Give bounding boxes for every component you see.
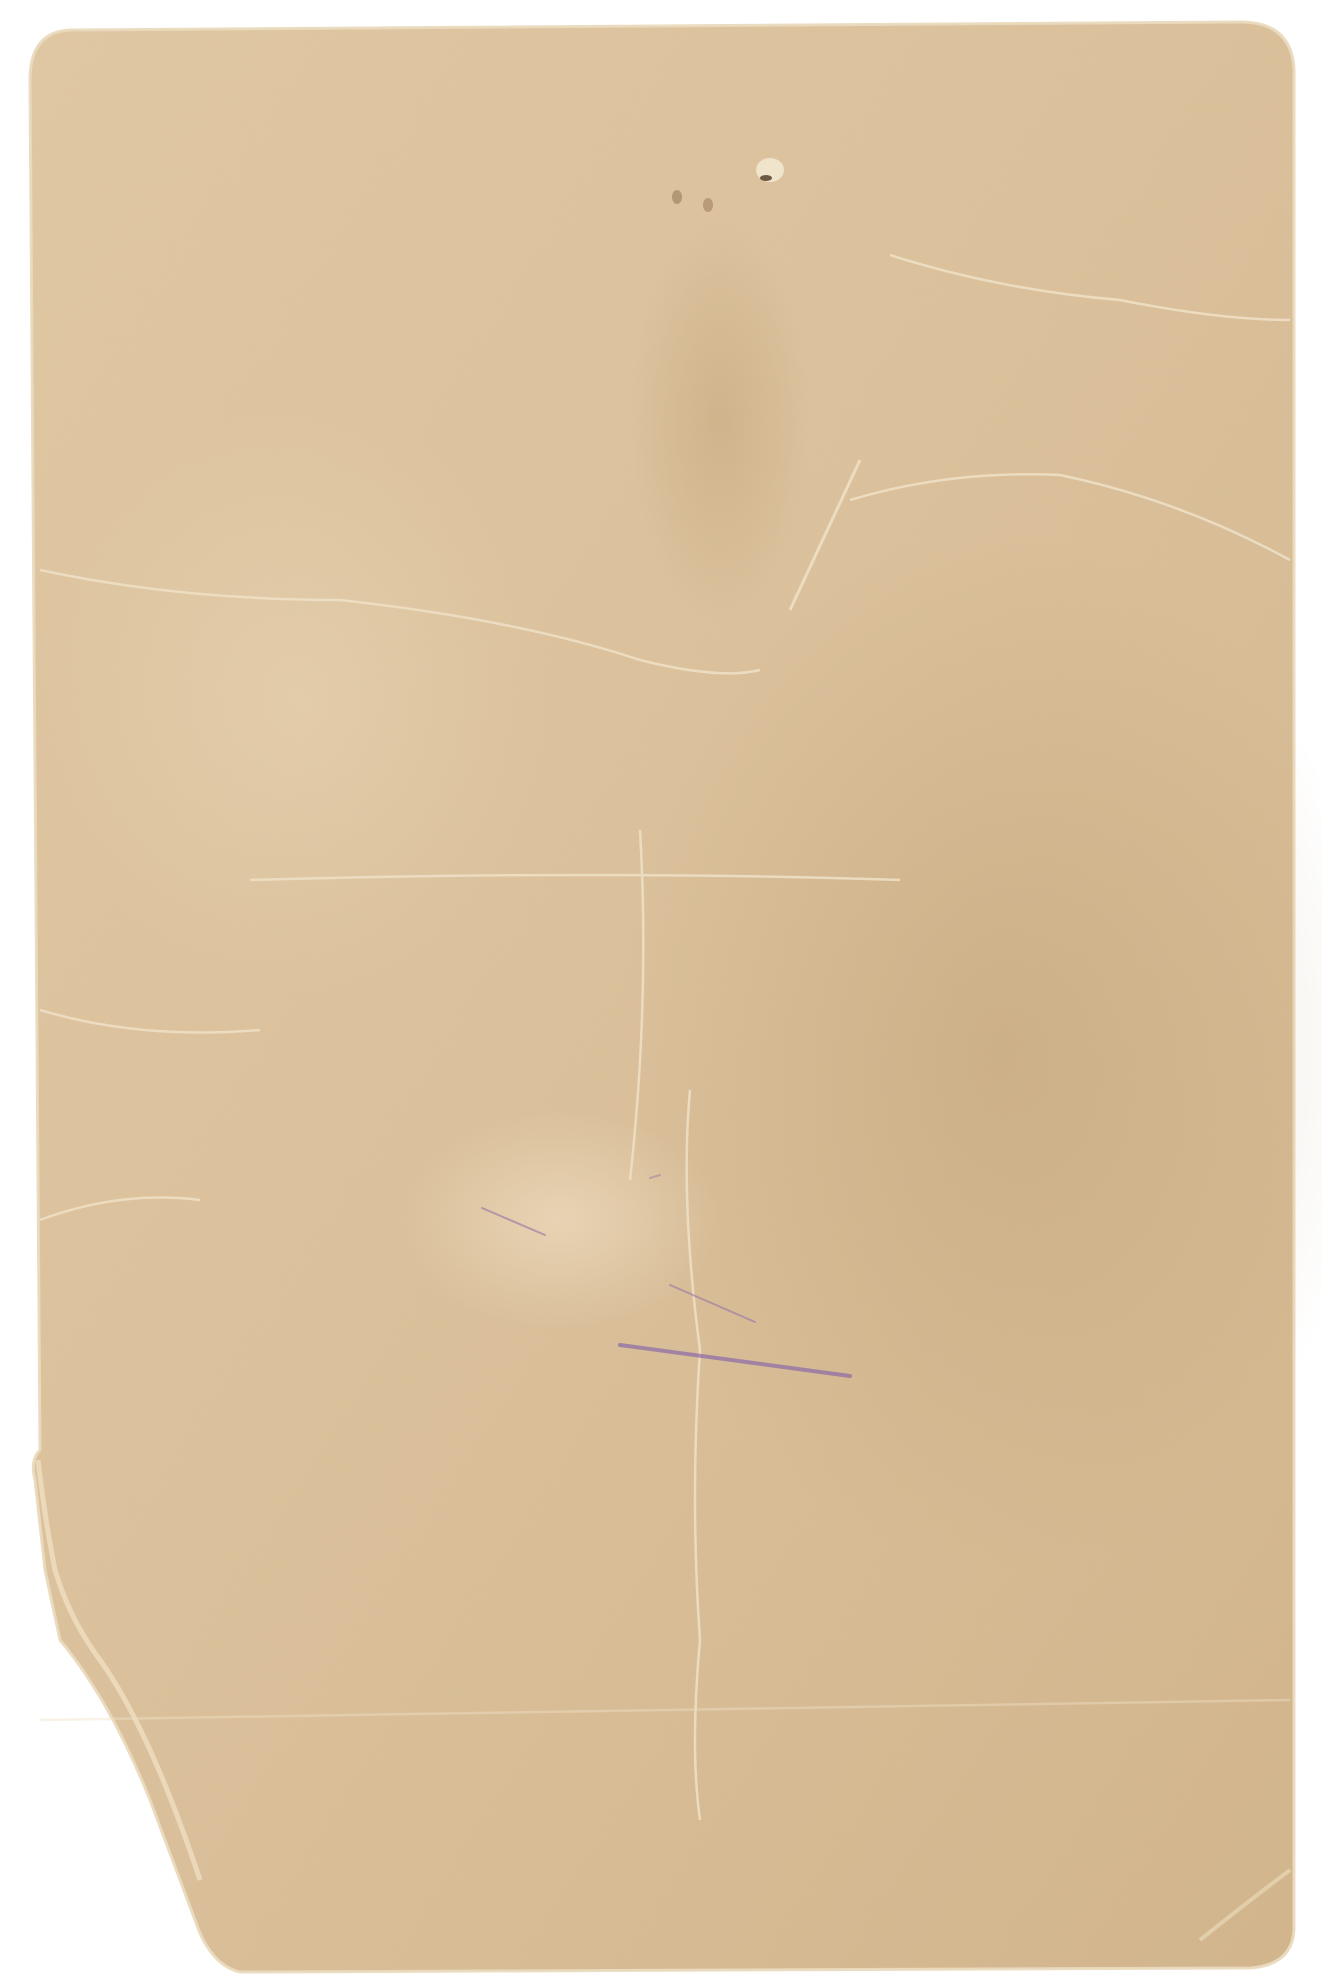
small-hole-shadow	[760, 175, 772, 181]
brown-spot	[672, 190, 682, 204]
brown-spot	[703, 198, 713, 212]
stain	[630, 220, 810, 620]
paper-card-scene	[0, 0, 1322, 1985]
light-patch	[40, 400, 560, 1000]
light-patch	[400, 1110, 720, 1330]
